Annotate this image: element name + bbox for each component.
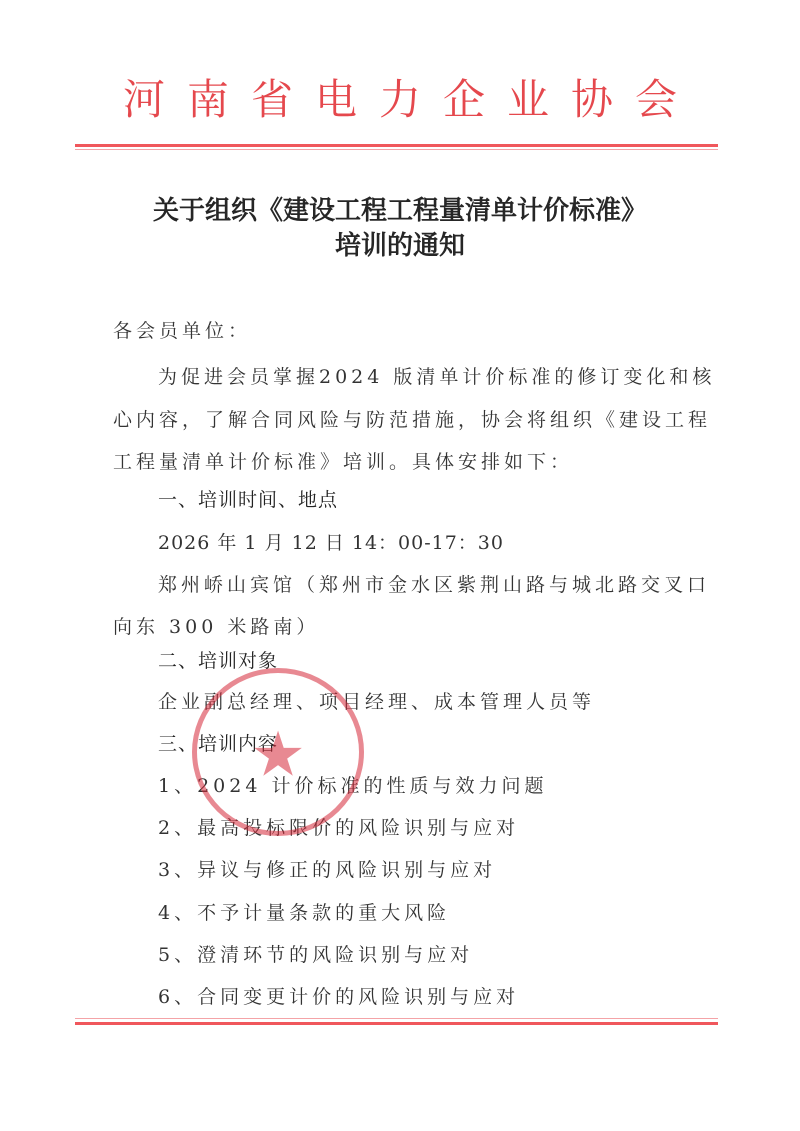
content-item: 1、2024 计价标准的性质与效力问题 <box>158 773 547 799</box>
intro-line: 心内容，了解合同风险与防范措施，协会将组织《建设工程 <box>113 407 711 433</box>
content-item: 2、最高投标限价的风险识别与应对 <box>158 815 519 841</box>
intro-line: 为促进会员掌握2024 版清单计价标准的修订变化和核 <box>158 364 715 390</box>
salutation: 各会员单位： <box>113 318 251 344</box>
content-item: 5、澄清环节的风险识别与应对 <box>158 942 473 968</box>
training-venue: 郑州峤山宾馆（郑州市金水区紫荆山路与城北路交叉口 <box>158 572 710 598</box>
training-venue-cont: 向东 300 米路南） <box>113 614 319 640</box>
content-item: 6、合同变更计价的风险识别与应对 <box>158 984 519 1010</box>
content-item: 4、不予计量条款的重大风险 <box>158 900 450 926</box>
section-heading: 三、培训内容 <box>158 731 278 757</box>
letterhead-rule-thick <box>75 144 718 147</box>
letterhead-title: 河南省电力企业协会 <box>0 74 800 126</box>
document-title-line2: 培训的通知 <box>0 229 800 263</box>
footer-rule-thin <box>75 1018 718 1019</box>
letterhead-rule-thin <box>75 149 718 150</box>
intro-line: 工程量清单计价标准》培训。具体安排如下： <box>113 449 573 475</box>
document-title-line1: 关于组织《建设工程工程量清单计价标准》 <box>0 194 800 228</box>
section-heading: 一、培训时间、地点 <box>158 487 338 513</box>
audience-text: 企业副总经理、项目经理、成本管理人员等 <box>158 689 595 715</box>
training-datetime: 2026 年 1 月 12 日 14：00-17：30 <box>158 530 504 556</box>
content-item: 3、异议与修正的风险识别与应对 <box>158 857 496 883</box>
section-heading: 二、培训对象 <box>158 648 278 674</box>
footer-rule-thick <box>75 1022 718 1025</box>
